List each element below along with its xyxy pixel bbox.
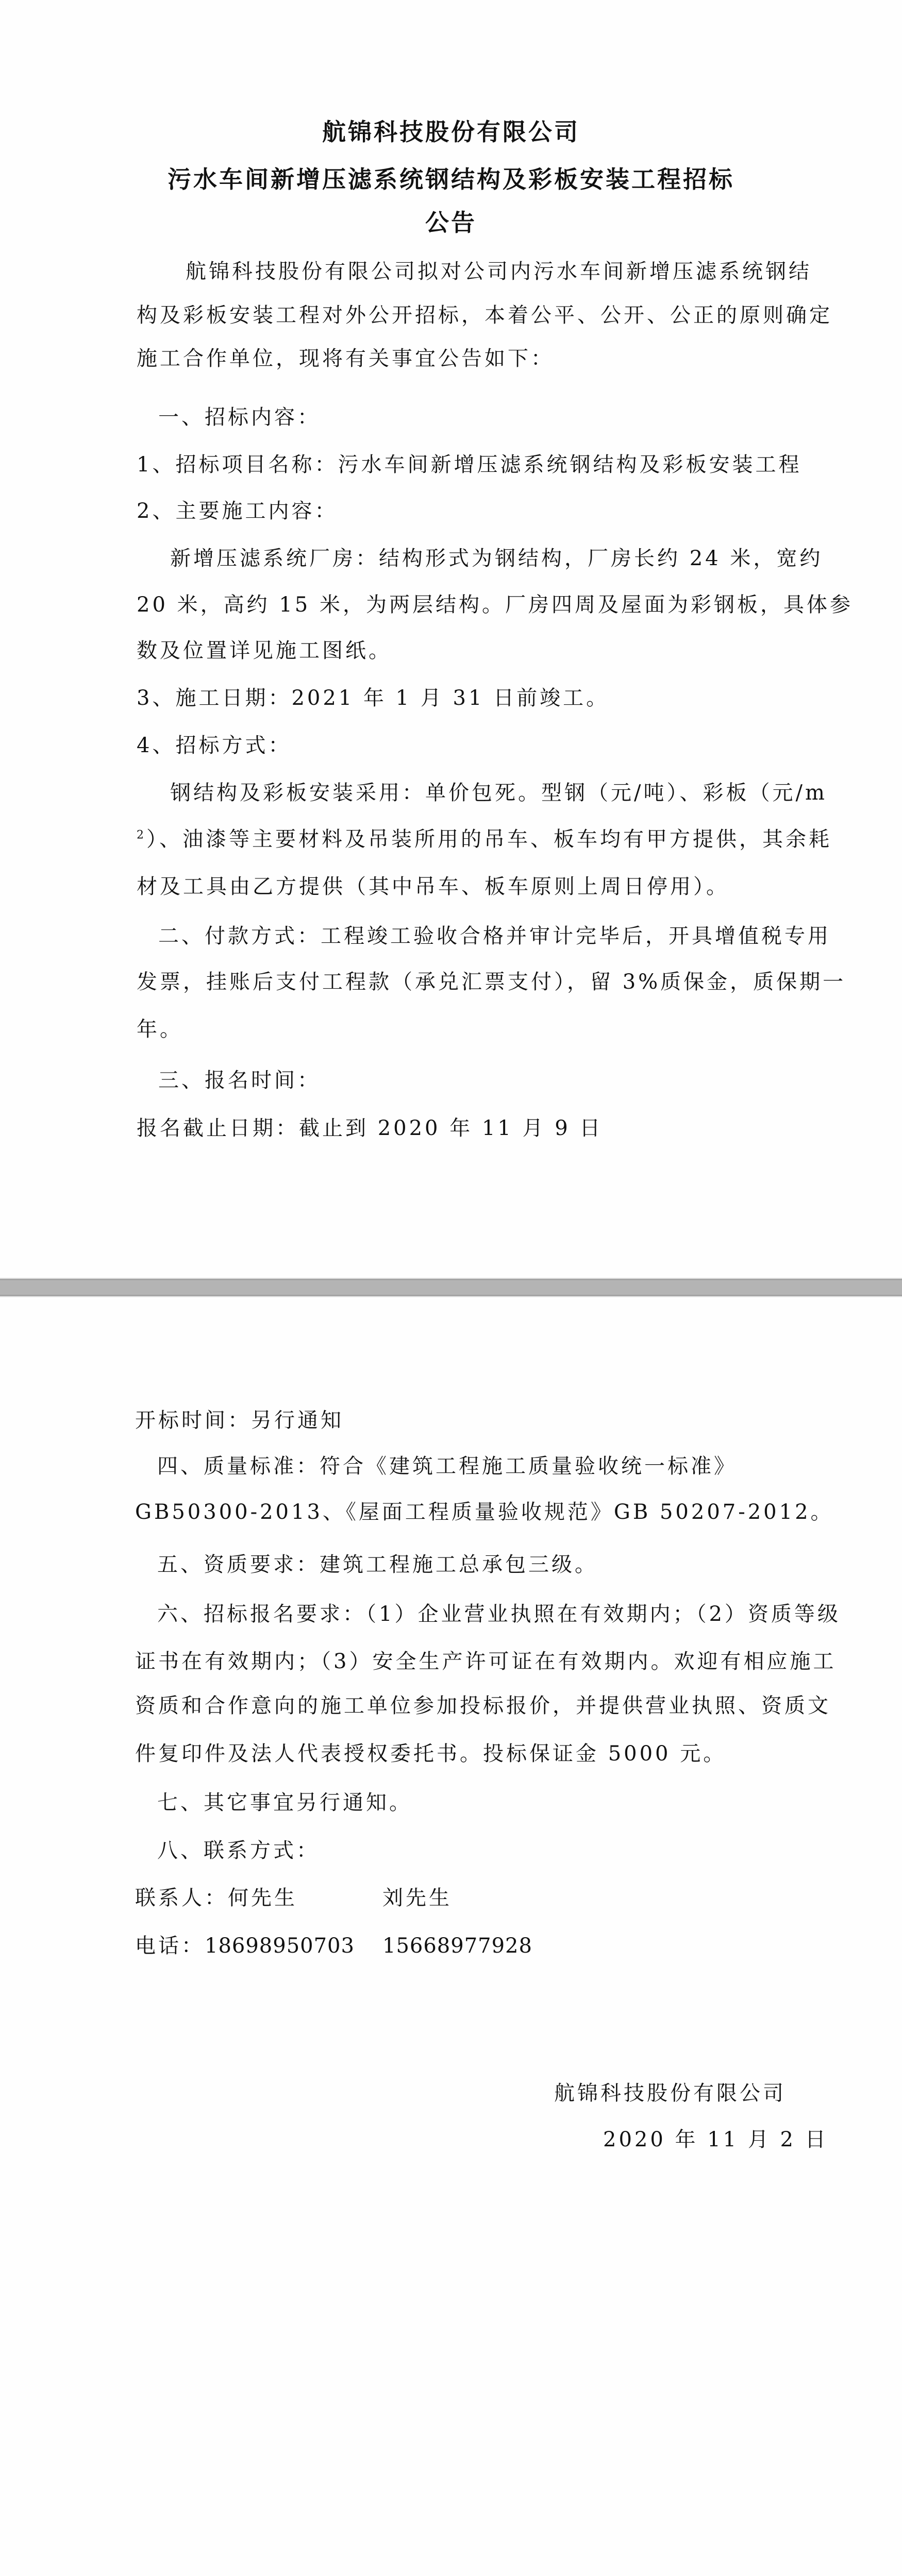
item-2-body-line-3: 数及位置详见施工图纸。 xyxy=(137,638,392,663)
section-1-heading: 一、招标内容： xyxy=(158,405,321,430)
item-4-body-line-3: 材及工具由乙方提供（其中吊车、板车原则上周日停用）。 xyxy=(137,874,729,899)
item-4-body-line-2: 2）、油漆等主要材料及吊装所用的吊车、板车均有甲方提供，其余耗 xyxy=(137,827,832,852)
contact-person-label: 联系人： xyxy=(135,1886,228,1910)
section-4-line-2: GB50300-2013、《屋面工程质量验收规范》GB 50207-2012。 xyxy=(135,1500,834,1524)
section-6-line-1: 六、招标报名要求：（1）企业营业执照在有效期内；（2）资质等级 xyxy=(157,1602,841,1626)
title-project: 污水车间新增压滤系统钢结构及彩板安装工程招标 xyxy=(0,165,902,194)
section-4-line-1: 四、质量标准：符合《建筑工程施工质量验收统一标准》 xyxy=(157,1454,737,1479)
section-6-line-4: 件复印件及法人代表授权委托书。投标保证金 5000 元。 xyxy=(135,1741,726,1766)
section-2-line-3: 年。 xyxy=(137,1017,183,1042)
intro-line-1: 航锦科技股份有限公司拟对公司内污水车间新增压滤系统钢结 xyxy=(186,259,812,284)
section-7-other: 七、其它事宜另行通知。 xyxy=(157,1790,412,1815)
signature-company: 航锦科技股份有限公司 xyxy=(554,2081,786,2106)
section-8-heading: 八、联系方式： xyxy=(157,1838,320,1863)
intro-line-3: 施工合作单位，现将有关事宜公告如下： xyxy=(137,346,554,371)
section-5-qualification: 五、资质要求：建筑工程施工总承包三级。 xyxy=(157,1552,598,1577)
contact-persons-row: 联系人：何先生 刘先生 xyxy=(135,1886,599,1910)
section-2-line-2: 发票，挂账后支付工程款（承兑汇票支付），留 3%质保金，质保期一 xyxy=(137,970,846,994)
item-4-heading: 4、招标方式： xyxy=(137,733,291,758)
item-2-heading: 2、主要施工内容： xyxy=(137,499,338,523)
title-company: 航锦科技股份有限公司 xyxy=(0,117,902,146)
title-announcement: 公告 xyxy=(0,208,902,237)
registration-deadline: 报名截止日期：截止到 2020 年 11 月 9 日 xyxy=(137,1116,603,1141)
contact-person-1-name: 何先生 xyxy=(228,1886,297,1910)
section-2-line-1: 二、付款方式：工程竣工验收合格并审计完毕后，开具增值税专用 xyxy=(158,924,831,948)
bid-opening-time: 开标时间：另行通知 xyxy=(135,1408,344,1433)
contact-person-1-phone: 18698950703 xyxy=(205,1934,355,1958)
contact-phones-row: 电话：18698950703 15668977928 xyxy=(135,1934,599,1958)
item-1-project-name: 1、招标项目名称：污水车间新增压滤系统钢结构及彩板安装工程 xyxy=(137,452,801,477)
section-6-line-3: 资质和合作意向的施工单位参加投标报价，并提供营业执照、资质文 xyxy=(135,1693,831,1718)
intro-line-2: 构及彩板安装工程对外公开招标，本着公平、公开、公正的原则确定 xyxy=(137,303,832,328)
signature-date: 2020 年 11 月 2 日 xyxy=(603,2127,828,2152)
section-6-line-2: 证书在有效期内；（3）安全生产许可证在有效期内。欢迎有相应施工 xyxy=(135,1649,836,1674)
contact-person-2-name: 刘先生 xyxy=(382,1886,452,1910)
page-separator xyxy=(0,1279,902,1296)
contact-phone-label: 电话： xyxy=(135,1934,205,1958)
contact-person-2-phone: 15668977928 xyxy=(382,1934,532,1958)
item-2-body-line-1: 新增压滤系统厂房：结构形式为钢结构，厂房长约 24 米，宽约 xyxy=(170,546,823,571)
item-3-construction-date: 3、施工日期：2021 年 1 月 31 日前竣工。 xyxy=(137,686,609,710)
section-3-heading: 三、报名时间： xyxy=(158,1068,321,1093)
superscript-2: 2 xyxy=(137,829,146,842)
item-4-body-line-1: 钢结构及彩板安装采用：单价包死。型钢（元/吨）、彩板（元/m xyxy=(170,781,827,805)
item-2-body-line-2: 20 米，高约 15 米，为两层结构。厂房四周及屋面为彩钢板，具体参 xyxy=(137,592,853,617)
item-4-body-line-2-text: ）、油漆等主要材料及吊装所用的吊车、板车均有甲方提供，其余耗 xyxy=(146,827,832,851)
